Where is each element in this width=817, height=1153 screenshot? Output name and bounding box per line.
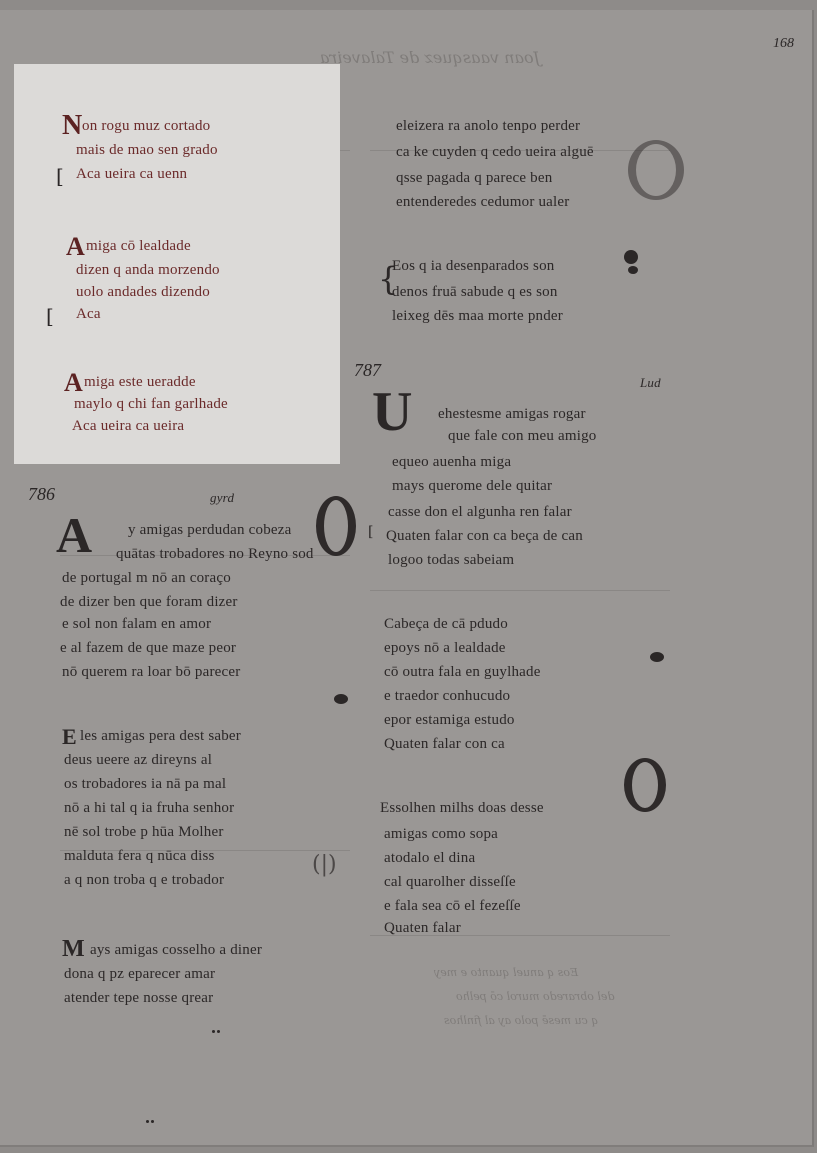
verse-line: casse don el algunha ren falar — [388, 504, 572, 521]
poem-number: 786 — [28, 484, 55, 505]
verse-line: cō outra fala en guylhade — [384, 664, 541, 681]
verse-line: Quaten falar — [384, 920, 461, 937]
decorated-initial-o-icon — [624, 758, 666, 812]
verse-line: mais de mao sen grado — [76, 142, 218, 159]
verse-line: epor estamiga estudo — [384, 712, 515, 729]
paragraph-mark-icon: [ — [368, 524, 373, 540]
verse-line: Aca ueira ca ueira — [72, 418, 184, 435]
show-through-text: del obraredo murol cō pelho — [456, 990, 614, 1003]
ink-dot — [217, 1030, 220, 1033]
verse-line: miga cō lealdade — [86, 238, 191, 255]
verse-line: denos fruā sabude q es son — [392, 284, 558, 301]
ink-blot — [334, 694, 348, 704]
verse-line: a q non troba q e trobador — [64, 872, 224, 889]
verse-line: Aca ueira ca uenn — [76, 166, 187, 183]
ghost-initial-o-icon — [628, 140, 684, 200]
verse-line: e fala sea cō el fezeſſe — [384, 898, 521, 915]
verse-line: os trobadores ia nā pa mal — [64, 776, 226, 793]
verse-line: ays amigas cosselho a diner — [90, 942, 262, 959]
marginal-note: gyrd — [210, 490, 234, 506]
verse-line: Quaten falar con ca — [384, 736, 505, 753]
initial-letter: A — [64, 368, 83, 398]
verse-line: uolo andades dizendo — [76, 284, 210, 301]
show-through-text: Eos q anuel quanto e mey — [434, 966, 578, 979]
verse-line: miga este ueradde — [84, 374, 196, 391]
verse-line: equeo auenha miga — [392, 454, 511, 471]
verse-line: entenderedes cedumor ualer — [396, 194, 569, 211]
verse-line: eleizera ra anolo tenpo perder — [396, 118, 580, 135]
decorated-initial-o-icon — [316, 496, 356, 556]
verse-line: Quaten falar con ca beça de can — [386, 528, 583, 545]
ink-dot — [146, 1120, 149, 1123]
verse-line: que fale con meu amigo — [448, 428, 597, 445]
verse-line: Aca — [76, 306, 101, 323]
show-through-text: q cu mesē polo ay al finlhos — [444, 1014, 598, 1027]
verse-line: cal quarolher disseſſe — [384, 874, 516, 891]
folio-number: 168 — [773, 36, 794, 52]
verse-line: ehestesme amigas rogar — [438, 406, 586, 423]
verse-line: nē sol trobe p hūa Molher — [64, 824, 224, 841]
initial-letter: N — [62, 110, 82, 142]
verse-line: y amigas perdudan cobeza — [128, 522, 291, 539]
verse-line: quātas trobadores no Reyno sod — [116, 546, 314, 563]
initial-letter: A — [66, 232, 85, 262]
ruling-line — [370, 590, 670, 591]
verse-line: atodalo el dina — [384, 850, 475, 867]
ink-dot — [212, 1030, 215, 1033]
marginal-note: Lud — [640, 375, 661, 391]
verse-line: les amigas pera dest saber — [80, 728, 241, 745]
verse-line: amigas como sopa — [384, 826, 498, 843]
verse-line: logoo todas sabeiam — [388, 552, 514, 569]
verse-line: qsse pagada q parece ben — [396, 170, 552, 187]
poem-number: 787 — [354, 360, 381, 381]
ink-dot — [151, 1120, 154, 1123]
verse-line: dizen q anda morzendo — [76, 262, 220, 279]
paragraph-mark-icon: [ — [46, 304, 54, 328]
verse-line: leixeg dēs maa morte pnder — [392, 308, 563, 325]
verse-line: on rogu muz cortado — [82, 118, 210, 135]
verse-line: nō querem ra loar bō parecer — [62, 664, 240, 681]
initial-letter: E — [62, 724, 77, 750]
verse-line: de dizer ben que foram dizer — [60, 594, 238, 611]
verse-line: e sol non falam en amor — [62, 616, 211, 633]
initial-letter: M — [62, 936, 85, 963]
verse-line: deus ueere az direyns al — [64, 752, 212, 769]
verse-line: malduta fera q nūca diss — [64, 848, 215, 865]
verse-line: e traedor conhucudo — [384, 688, 510, 705]
verse-line: de portugal m nō an coraço — [62, 570, 231, 587]
verse-line: epoys nō a lealdade — [384, 640, 506, 657]
verse-line: ca ke cuyden q cedo ueira alguē — [396, 144, 594, 161]
verse-line: Essolhen milhs doas desse — [380, 800, 544, 817]
ink-blot — [650, 652, 664, 662]
verse-line: Cabeça de cā pdudo — [384, 616, 508, 633]
verse-line: mays querome dele quitar — [392, 478, 552, 495]
header-mirror-text: Joan vaasquez de Talaveira — [320, 48, 540, 67]
verse-line: Eos q ia desenparados son — [392, 258, 554, 275]
paragraph-mark-icon: [ — [56, 164, 64, 188]
ink-blot — [624, 250, 638, 264]
decorated-initial: A — [56, 510, 92, 560]
manuscript-page: Joan vaasquez de Talaveira 168 N on rogu… — [0, 10, 814, 1147]
decorated-initial: U — [372, 384, 412, 440]
verse-line: atender tepe nosse qrear — [64, 990, 213, 1007]
bracket-mark-icon: (|) — [312, 852, 337, 877]
verse-line: dona q pz eparecer amar — [64, 966, 215, 983]
verse-line: maylo q chi fan garlhade — [74, 396, 228, 413]
verse-line: nō a hi tal q ia fruha senhor — [64, 800, 234, 817]
ink-blot — [628, 266, 638, 274]
verse-line: e al fazem de que maze peor — [60, 640, 236, 657]
